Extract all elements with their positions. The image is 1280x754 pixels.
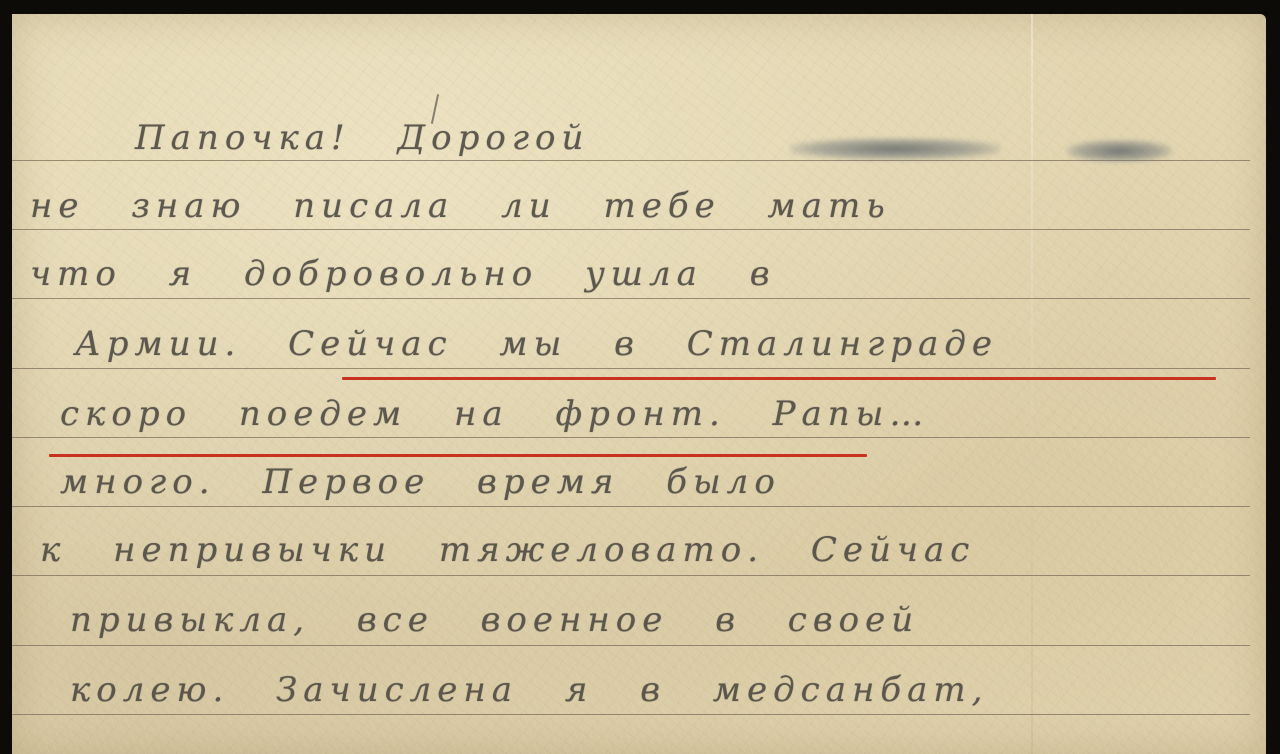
red-underline-annotation <box>342 377 1216 380</box>
handwritten-line: что я добровольно ушла в <box>30 254 776 314</box>
handwritten-line: скоро поедем на фронт. Рапы… <box>60 394 929 454</box>
handwritten-line: не знаю писала ли тебе мать <box>30 186 891 246</box>
redaction-smudge <box>1067 140 1172 162</box>
handwritten-line-salutation: Папочка! Дорогой <box>135 118 589 178</box>
redaction-smudge <box>790 138 1000 160</box>
handwritten-line: к непривычки тяжеловато. Сейчас <box>40 530 975 590</box>
handwritten-line: много. Первое время было <box>60 462 781 522</box>
letter-paper: Папочка! Дорогой не знаю писала ли тебе … <box>12 14 1266 734</box>
handwritten-line: Армии. Сейчас мы в Сталинграде <box>75 324 998 384</box>
handwritten-line: привыкла, все военное в своей <box>70 600 919 660</box>
paper-fold <box>1031 14 1033 734</box>
handwritten-line: колею. Зачислена я в медсанбат, <box>70 670 988 730</box>
red-underline-annotation <box>49 454 867 457</box>
scanned-document: Папочка! Дорогой не знаю писала ли тебе … <box>0 0 1280 734</box>
